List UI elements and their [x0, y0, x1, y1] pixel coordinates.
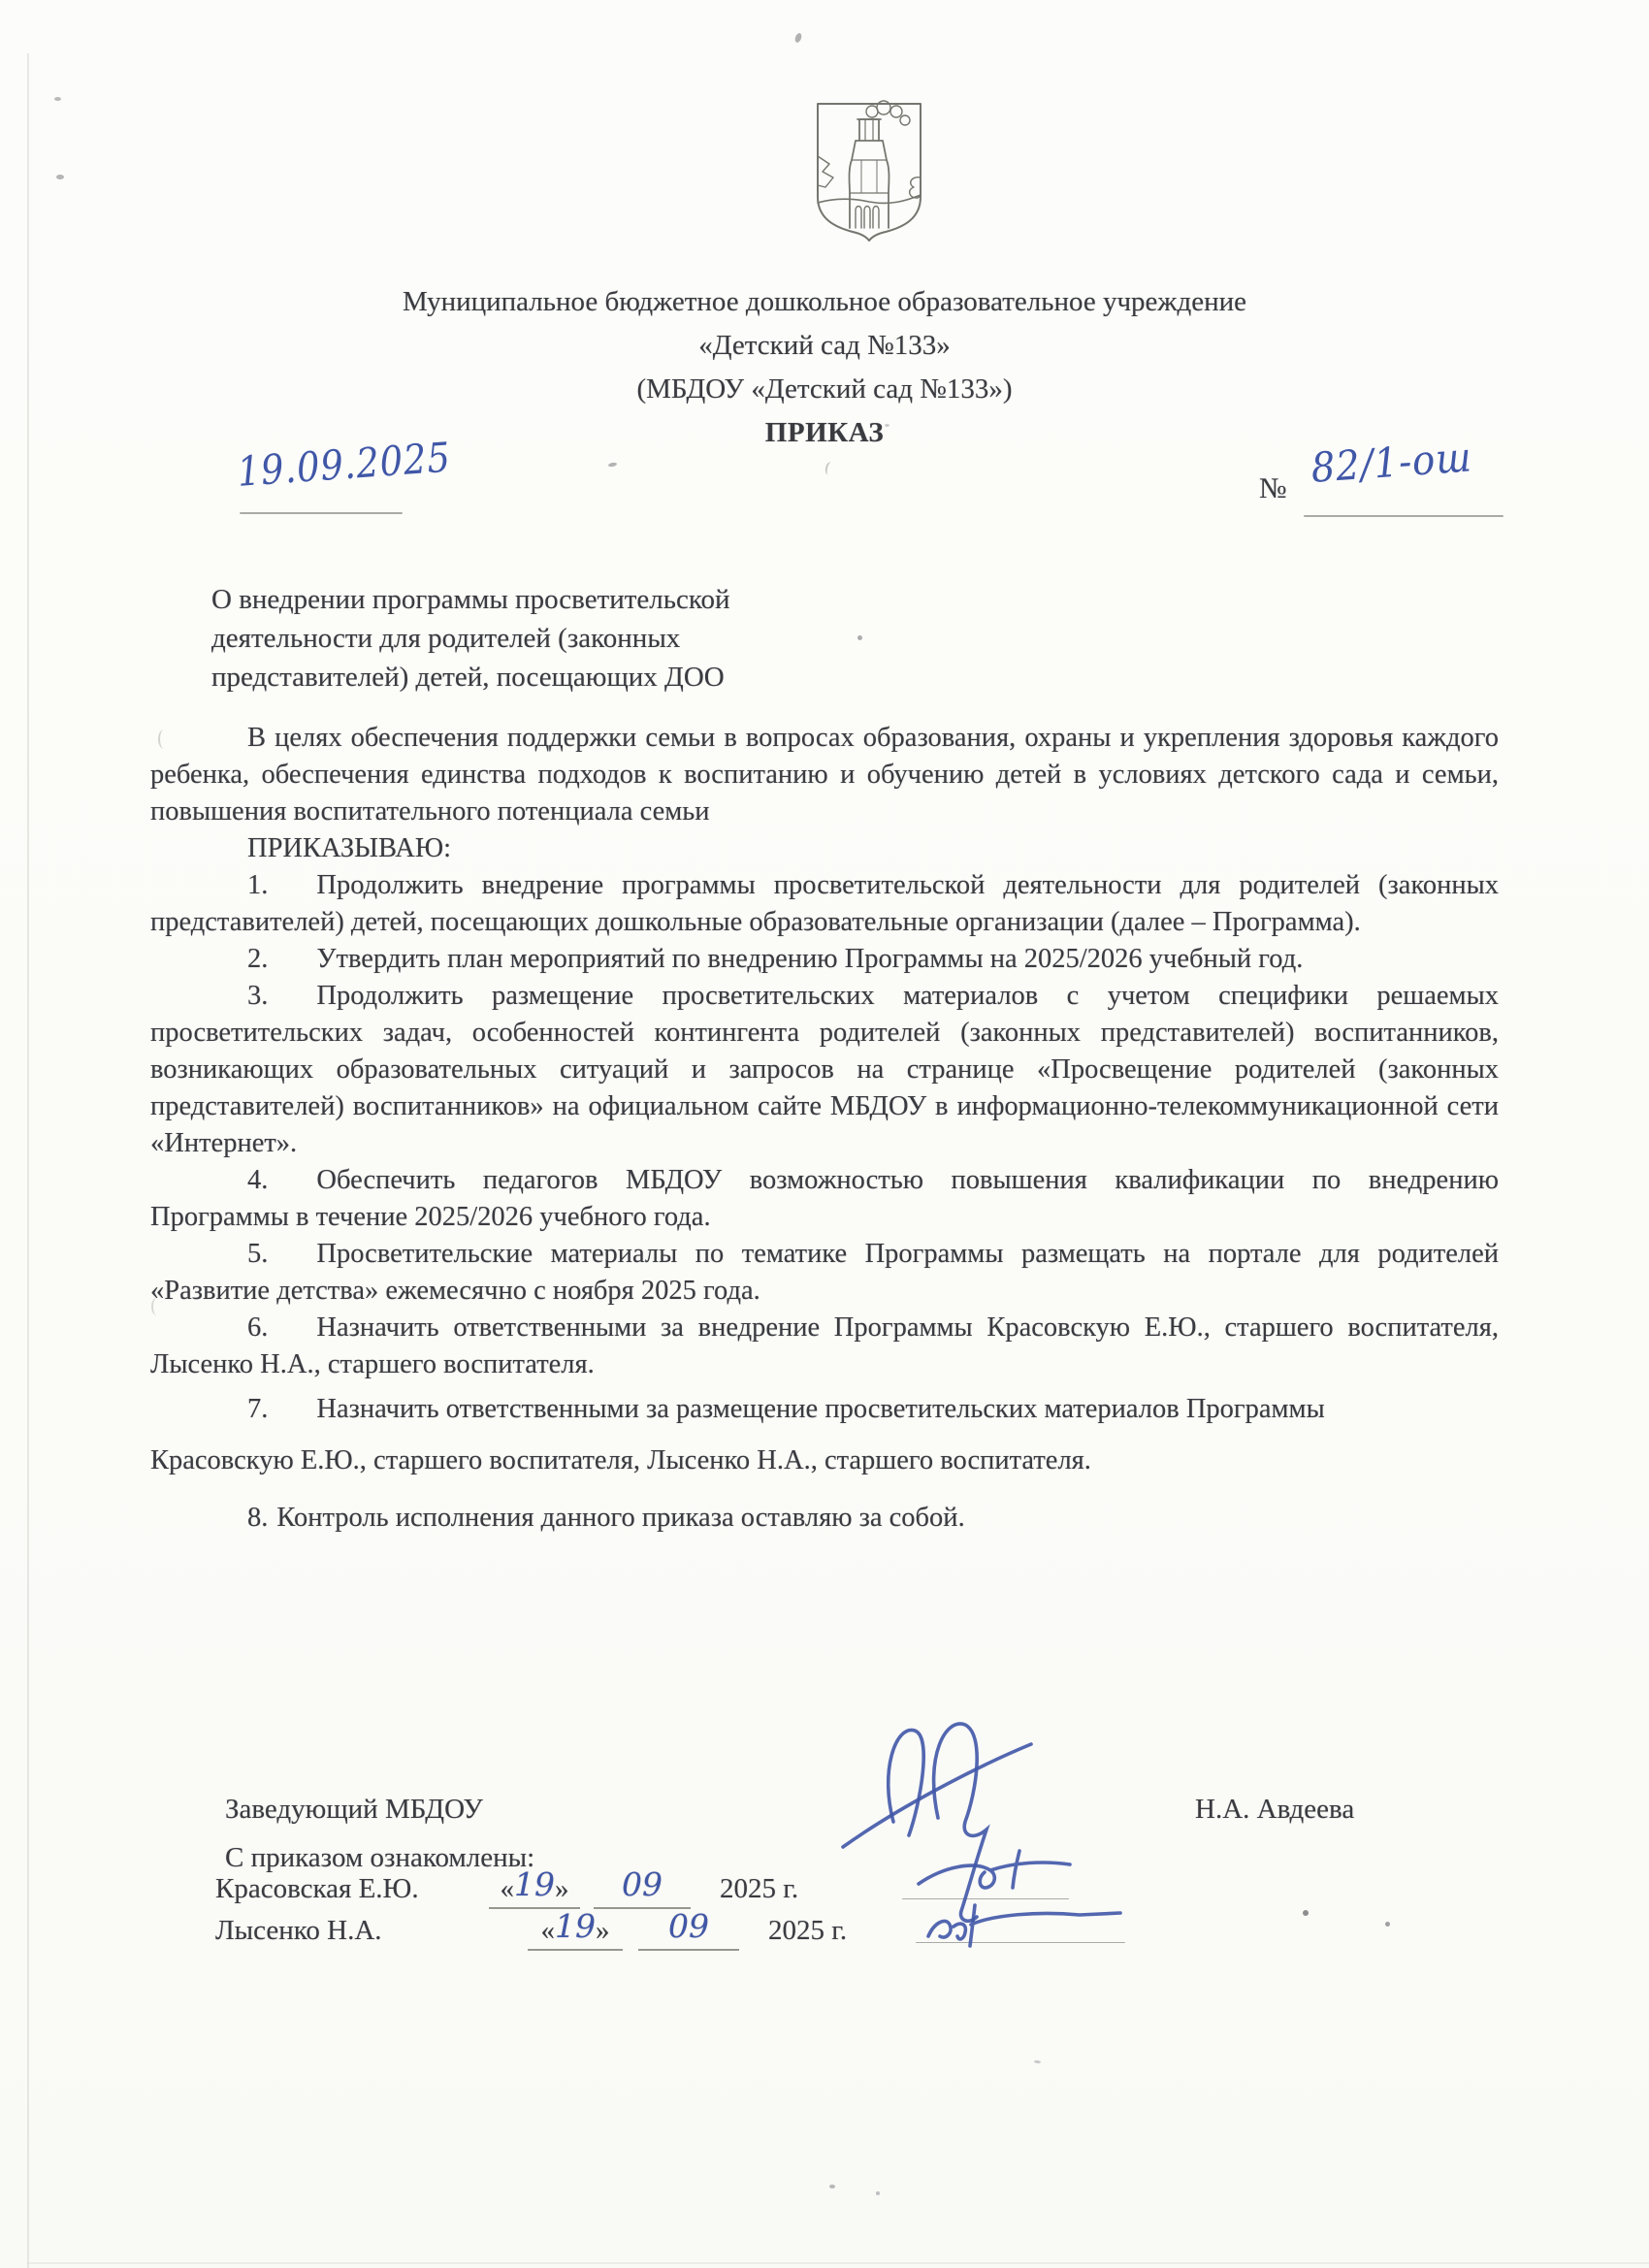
- scan-speck: [1303, 1910, 1309, 1916]
- item-text: Утвердить план мероприятий по внедрению …: [316, 944, 1303, 974]
- ack-month-handwritten: 09: [668, 1907, 709, 1945]
- item-number: 3.: [247, 981, 268, 1011]
- scan-speck: [1034, 2060, 1041, 2064]
- quote-close: »: [596, 1915, 610, 1946]
- order-item-3: 3.Продолжить размещение просветительских…: [150, 978, 1499, 1162]
- quote-open: «: [501, 1873, 515, 1904]
- item-number: 8.: [247, 1503, 268, 1533]
- date-underline: [240, 512, 403, 514]
- city-coat-of-arms-icon: [813, 100, 925, 242]
- ack-month-handwritten: 09: [622, 1865, 663, 1903]
- item-number: 2.: [247, 944, 268, 974]
- scan-speck: [829, 2185, 835, 2188]
- order-item-1: 1.Продолжить внедрение программы просвет…: [150, 867, 1499, 941]
- item-text: Продолжить внедрение программы просветит…: [150, 870, 1499, 937]
- scan-speck: [158, 729, 170, 749]
- ack-day-handwritten: 19: [555, 1907, 596, 1945]
- order-subject: О внедрении программы просветительской д…: [211, 580, 730, 697]
- scan-speck: [54, 97, 61, 101]
- org-name-line1: Муниципальное бюджетное дошкольное образ…: [0, 280, 1649, 324]
- number-underline: [1304, 515, 1503, 517]
- ack-row-lysenko: Лысенко Н.А.«19»092025 г.: [215, 1909, 847, 1951]
- item-text: Продолжить размещение просветительских м…: [150, 981, 1499, 1158]
- order-item-4: 4.Обеспечить педагогов МБДОУ возможность…: [150, 1162, 1499, 1236]
- document-page: Муниципальное бюджетное дошкольное образ…: [0, 0, 1649, 2268]
- subject-line: деятельности для родителей (законных: [211, 619, 730, 658]
- scan-speck: [608, 462, 618, 468]
- quote-close: »: [555, 1873, 569, 1904]
- subject-line: представителей) детей, посещающих ДОО: [211, 658, 730, 697]
- scan-speck: [876, 2191, 880, 2195]
- item-text: Контроль исполнения данного приказа оста…: [276, 1503, 964, 1533]
- ack-name: Лысенко Н.А.: [215, 1915, 528, 1947]
- item-text: Просветительские материалы по тематике П…: [150, 1239, 1499, 1306]
- director-signature: [934, 1724, 986, 1921]
- paper-edge-line: [27, 2262, 1649, 2264]
- ack-month-field: 09: [594, 1867, 691, 1909]
- ack-name: Красовская Е.Ю.: [215, 1873, 489, 1905]
- order-item-6: 6.Назначить ответственными за внедрение …: [150, 1310, 1499, 1383]
- document-header: Муниципальное бюджетное дошкольное образ…: [0, 280, 1649, 455]
- scan-speck: [151, 1298, 162, 1315]
- order-item-8: 8.Контроль исполнения данного приказа ос…: [150, 1500, 1499, 1537]
- subject-line: О внедрении программы просветительской: [211, 580, 730, 619]
- item-number: 7.: [247, 1394, 268, 1424]
- org-name-line3: (МБДОУ «Детский сад №133»): [0, 368, 1649, 411]
- ack-day-handwritten: 19: [514, 1865, 555, 1903]
- scan-speck: [857, 635, 862, 640]
- krasovskaya-signature: [919, 1851, 1070, 1888]
- order-number-handwritten: 82/1-ош: [1309, 433, 1473, 491]
- order-body: В целях обеспечения поддержки семьи в во…: [150, 720, 1499, 1537]
- scan-speck: [56, 175, 64, 179]
- resolve-keyword: ПРИКАЗЫВАЮ:: [150, 830, 1499, 867]
- quote-open: «: [541, 1915, 556, 1946]
- org-name-line2: «Детский сад №133»: [0, 324, 1649, 368]
- item-number: 4.: [247, 1165, 268, 1195]
- ack-year: 2025 г.: [720, 1873, 798, 1904]
- order-item-2: 2.Утвердить план мероприятий по внедрени…: [150, 941, 1499, 978]
- order-item-5: 5.Просветительские материалы по тематике…: [150, 1236, 1499, 1310]
- item-text: Обеспечить педагогов МБДОУ возможностью …: [150, 1165, 1499, 1232]
- scan-speck: [1385, 1922, 1390, 1927]
- item-number: 6.: [247, 1312, 268, 1343]
- item-text: Назначить ответственными за внедрение Пр…: [150, 1312, 1499, 1379]
- ack-day-field: «19»: [528, 1909, 623, 1951]
- order-item-7: 7.Назначить ответственными за размещение…: [150, 1383, 1455, 1486]
- director-name: Н.А. Авдеева: [1195, 1794, 1354, 1826]
- ack-row-krasovskaya: Красовская Е.Ю.«19»092025 г.: [215, 1867, 798, 1909]
- signatures-overlay: [829, 1674, 1140, 1956]
- ack-month-field: 09: [638, 1909, 739, 1951]
- item-number: 5.: [247, 1239, 268, 1269]
- item-text: Назначить ответственными за размещение п…: [150, 1394, 1325, 1475]
- scan-speck: [824, 461, 835, 476]
- ack-day-field: «19»: [489, 1867, 580, 1909]
- order-number-label: №: [1259, 472, 1287, 505]
- intro-paragraph: В целях обеспечения поддержки семьи в во…: [150, 720, 1499, 830]
- scan-speck: [793, 32, 802, 43]
- director-position: Заведующий МБДОУ: [225, 1794, 483, 1825]
- scan-speck: [885, 424, 889, 427]
- director-signature: [889, 1730, 923, 1835]
- lysenko-signature: [928, 1905, 1120, 1946]
- item-number: 1.: [247, 870, 268, 900]
